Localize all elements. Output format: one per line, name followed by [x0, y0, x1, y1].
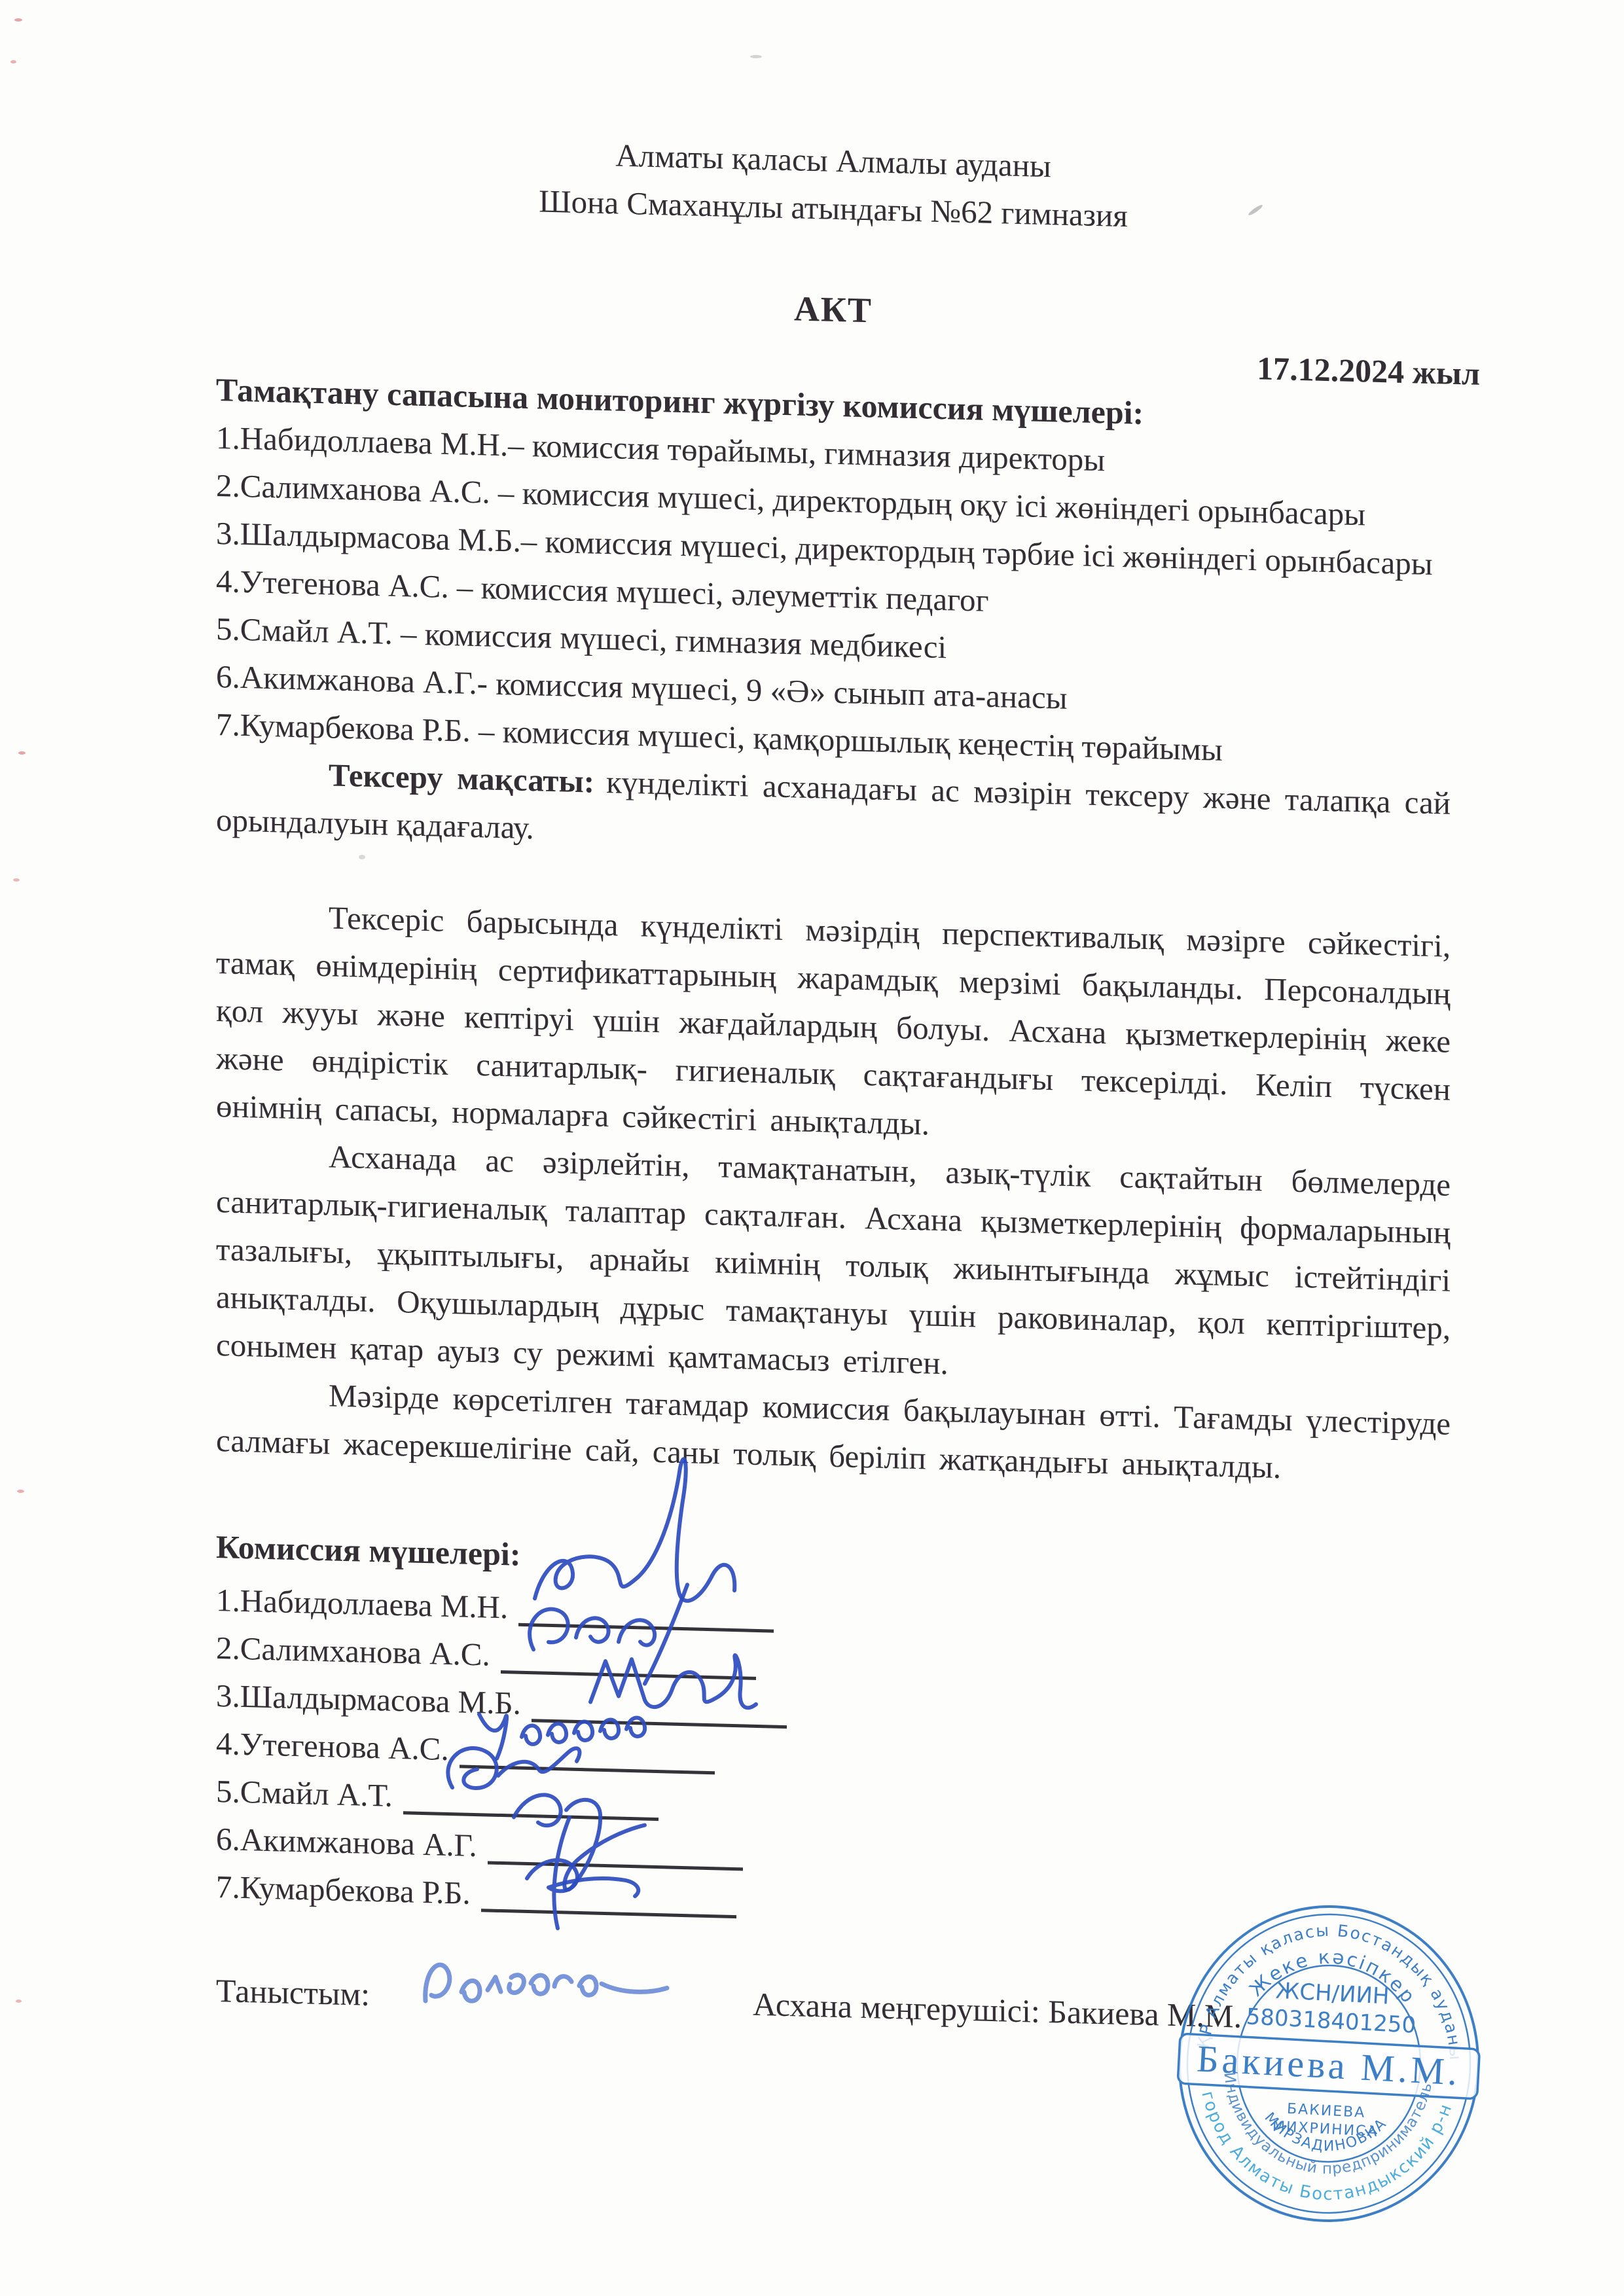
document-content: Алматы қаласы Алмалы ауданы Шона Смаханұ…	[0, 0, 1624, 2049]
signature-line	[518, 1585, 774, 1633]
signature-line	[532, 1681, 787, 1729]
member-name: 2.Салимханова А.С.	[216, 1629, 490, 1674]
stamp: ҚР Алматы қаласы Бостандық ауданы Жеке к…	[1165, 1893, 1492, 2234]
signature-line	[403, 1773, 659, 1821]
manager-signature-ink	[409, 1939, 717, 2026]
manager-signature-svg	[409, 1938, 717, 2037]
purpose-label: Тексеру мақсаты:	[329, 757, 594, 799]
signature-line	[501, 1632, 756, 1680]
manager-title: Асхана меңгерушісі: Бакиева М.М.	[753, 1985, 1242, 2039]
member-name: 7.Кумарбекова Р.Б.	[216, 1868, 471, 1912]
stamp-person-line-1: БАКИЕВА	[1287, 2101, 1366, 2121]
acknowledged-label: Таныстым:	[216, 1971, 370, 2017]
stamp-id-number: 580318401250	[1246, 2003, 1416, 2039]
stamp-id-label: ЖСН/ИИН	[1275, 1978, 1390, 2010]
scanned-document-page: Алматы қаласы Алмалы ауданы Шона Смаханұ…	[0, 0, 1624, 2296]
signature-line	[488, 1823, 743, 1871]
signature-line	[481, 1871, 736, 1918]
signature-line	[460, 1727, 715, 1774]
stamp-svg: ҚР Алматы қаласы Бостандық ауданы Жеке к…	[1165, 1893, 1492, 2234]
member-name: 5.Смайл А.Т.	[216, 1772, 393, 1814]
body-paragraph-2: Асханада ас әзірлейтін, тамақтанатын, аз…	[216, 1130, 1451, 1400]
member-name: 4.Утегенова А.С.	[216, 1725, 449, 1768]
member-name: 6.Акимжанова А.Г.	[216, 1820, 477, 1864]
body-paragraph-1: Тексеріс барысында күнделікті мәзірдің п…	[216, 891, 1451, 1161]
